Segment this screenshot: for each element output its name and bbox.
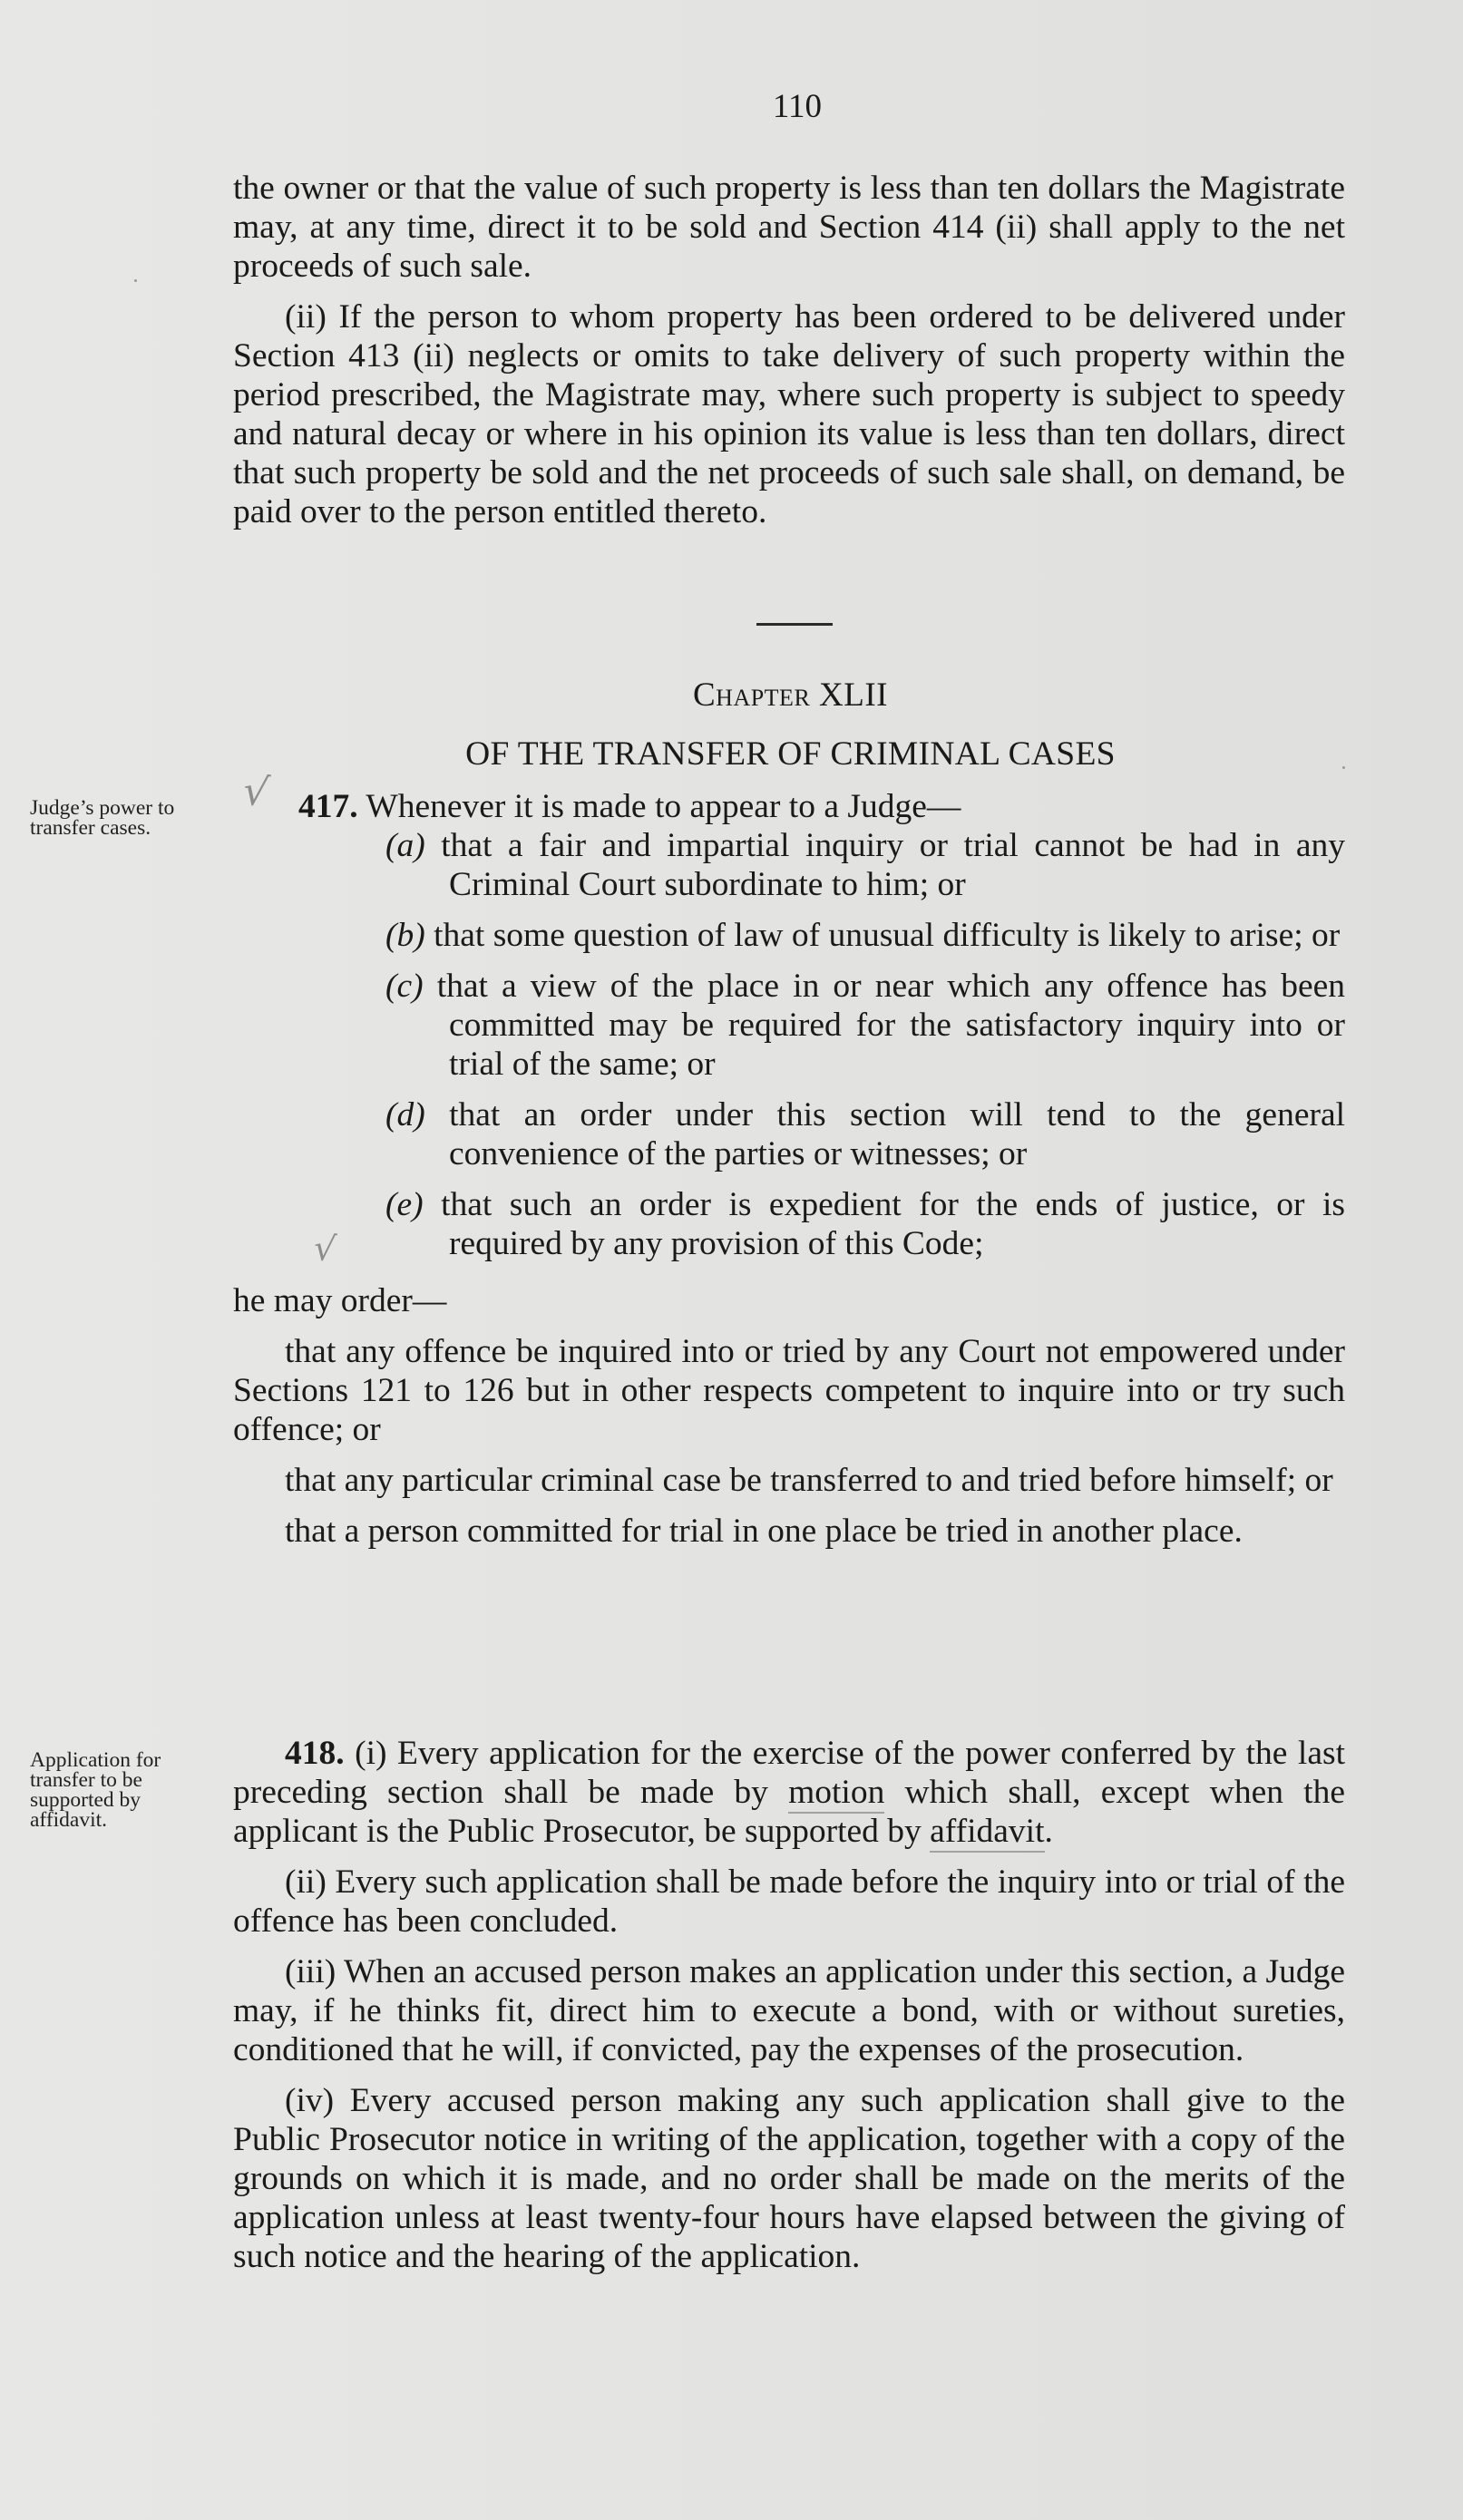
continuation-paragraph-2: (ii) If the person to whom property has …: [233, 297, 1345, 531]
section-418-subsection-4: (iv) Every accused person making any suc…: [233, 2081, 1345, 2276]
order-lead: he may order—: [233, 1281, 1345, 1320]
pencil-underlined-word: affidavit: [930, 1813, 1044, 1853]
order-option-1: that any offence be inquired into or tri…: [233, 1332, 1345, 1449]
paper-speck: [1342, 766, 1345, 769]
section-418: 418. (i) Every application for the exerc…: [233, 1734, 1345, 2276]
clause-text: that such an order is expedient for the …: [441, 1186, 1345, 1262]
clause-text: that an order under this section will te…: [449, 1096, 1345, 1172]
section-number-417: 417.: [298, 788, 358, 825]
pencil-check-icon: √: [312, 1228, 338, 1270]
section-divider: [756, 623, 833, 626]
section-418-subsection-3: (iii) When an accused person makes an ap…: [233, 1952, 1345, 2069]
clause-label: (a): [385, 827, 425, 864]
chapter-title: OF THE TRANSFER OF CRIMINAL CASES: [0, 735, 1463, 774]
chapter-label: Chapter XLII: [0, 676, 1463, 715]
clause-text: that a view of the place in or near whic…: [437, 968, 1345, 1083]
section-417-intro: 417. Whenever it is made to appear to a …: [233, 787, 1345, 826]
section-417-intro-text: Whenever it is made to appear to a Judge…: [366, 788, 961, 825]
margin-note-417: Judge’s power to transfer cases.: [30, 798, 202, 838]
order-option-2: that any particular criminal case be tra…: [233, 1461, 1345, 1500]
clause-b: (b) that some question of law of unusual…: [233, 916, 1345, 955]
clause-label: (d): [385, 1096, 425, 1134]
margin-note-418: Application for transfer to be supported…: [30, 1750, 202, 1830]
section-417: 417. Whenever it is made to appear to a …: [233, 787, 1345, 1551]
clause-c: (c) that a view of the place in or near …: [233, 967, 1345, 1084]
paper-speck: [134, 279, 137, 282]
clause-text: that a fair and impartial inquiry or tri…: [441, 827, 1345, 903]
continuation-text: the owner or that the value of such prop…: [233, 169, 1345, 531]
order-option-3: that a person committed for trial in one…: [233, 1512, 1345, 1551]
section-418-subsection-2: (ii) Every such application shall be mad…: [233, 1863, 1345, 1941]
clause-text: that some question of law of unusual dif…: [434, 917, 1340, 954]
clause-d: (d) that an order under this section wil…: [233, 1095, 1345, 1173]
clause-label: (c): [385, 968, 424, 1005]
continuation-paragraph-1: the owner or that the value of such prop…: [233, 169, 1345, 286]
pencil-underlined-word: motion: [788, 1774, 884, 1814]
clause-e: (e) that such an order is expedient for …: [233, 1185, 1345, 1263]
page-number: 110: [0, 87, 1463, 127]
section-418-subsection-1: 418. (i) Every application for the exerc…: [233, 1734, 1345, 1851]
section-number-418: 418.: [285, 1735, 345, 1772]
clause-label: (e): [385, 1186, 424, 1223]
clause-label: (b): [385, 917, 425, 954]
clause-a: (a) that a fair and impartial inquiry or…: [233, 826, 1345, 904]
clause-list: (a) that a fair and impartial inquiry or…: [233, 826, 1345, 1263]
